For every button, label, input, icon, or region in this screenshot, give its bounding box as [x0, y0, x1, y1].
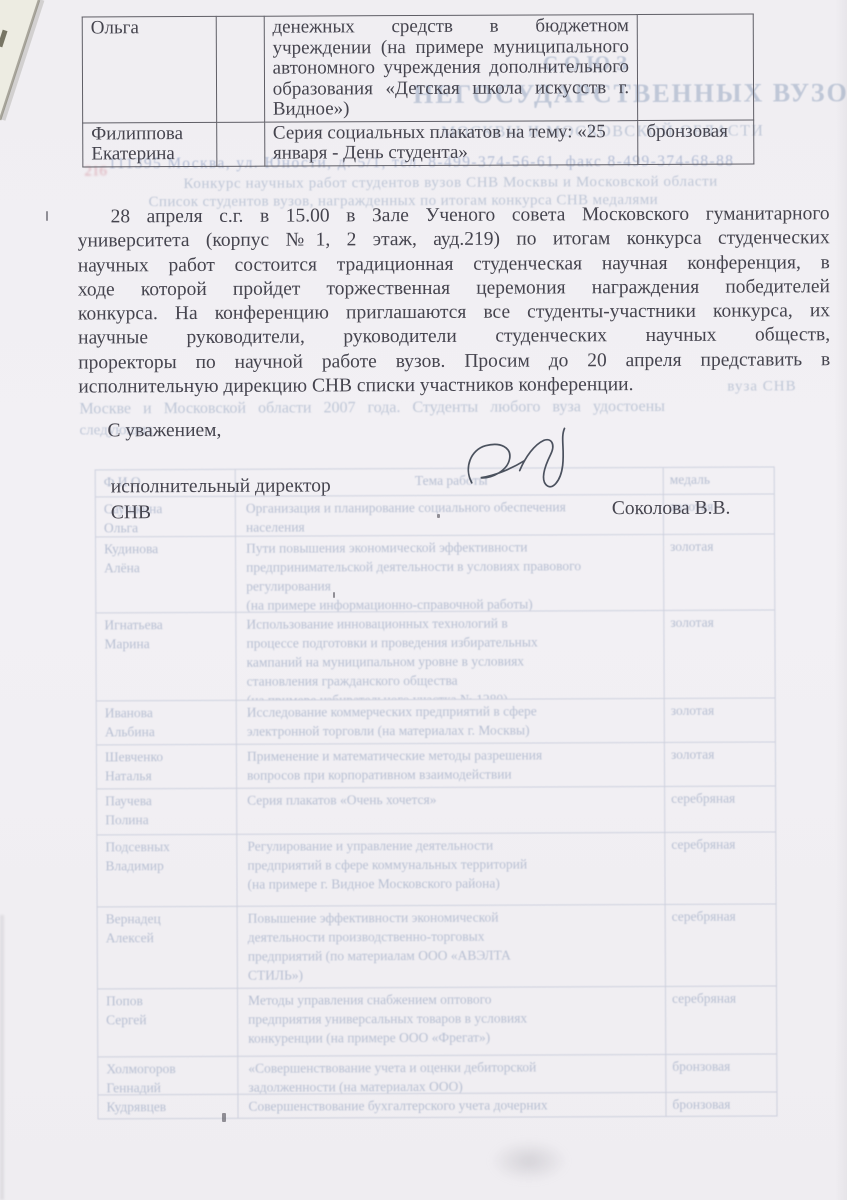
letter-line: проректоры по научной работе вузов. Прос…: [78, 348, 830, 376]
awards-table: Ольга денежных средств в бюджетном учреж…: [82, 14, 755, 167]
cell-topic: Серия социальных плакатов на тему: «25 я…: [264, 120, 638, 166]
cell-blank: [217, 122, 265, 166]
scanned-document-page: Ф.И.О.Тема работымедальСаушкинаОльгаОрга…: [0, 0, 847, 1200]
scan-speck: [222, 1113, 226, 1122]
cell-name: Ольга: [82, 16, 216, 122]
scan-edge-shade: [835, 0, 847, 1200]
letter-line: исполнительную дирекцию СНВ списки участ…: [78, 372, 830, 400]
letter-line: ходе которой пройдет торжественная церем…: [78, 275, 830, 303]
signer-name: Соколова В.В.: [612, 498, 731, 521]
signer-title-line1: исполнительный директор: [111, 473, 331, 500]
cell-blank: [216, 16, 264, 122]
letter-line: конкурса. На конференцию приглашаются вс…: [78, 299, 830, 327]
letter-line: научные руководители, руководители студе…: [78, 324, 830, 352]
letter-paragraph: 28 апреля с.г. в 15.00 в Зале Ученого со…: [78, 202, 831, 400]
scan-edge-band: [0, 915, 4, 1200]
scan-speck: [333, 592, 335, 598]
letter-line: 28 апреля с.г. в 15.00 в Зале Ученого со…: [78, 202, 830, 230]
signer-title-line2: СНВ: [111, 499, 331, 526]
cell-award: бронзовая: [638, 120, 754, 165]
handwritten-signature: [455, 426, 575, 503]
closing-salutation: С уважением,: [107, 420, 221, 442]
table-row: Филиппова Екатерина Серия социальных пла…: [83, 120, 754, 167]
letter-line: университета (корпус №1, 2 этаж, ауд.219…: [78, 227, 830, 255]
letter-line: научных работ состоится традиционная сту…: [78, 251, 830, 279]
signer-title: исполнительный директор СНВ: [111, 473, 331, 526]
scan-speck: [437, 514, 440, 518]
table-row: Ольга денежных средств в бюджетном учреж…: [82, 14, 753, 122]
scan-smudge: [490, 1140, 568, 1182]
corner-fold-edge: [0, 0, 60, 130]
letter-content: Ольга денежных средств в бюджетном учреж…: [0, 0, 847, 1200]
cell-award: [637, 14, 753, 120]
cell-name: Филиппова Екатерина: [83, 122, 217, 167]
cell-topic: денежных средств в бюджетном учреждении …: [264, 15, 638, 122]
scan-speck: [46, 211, 48, 221]
